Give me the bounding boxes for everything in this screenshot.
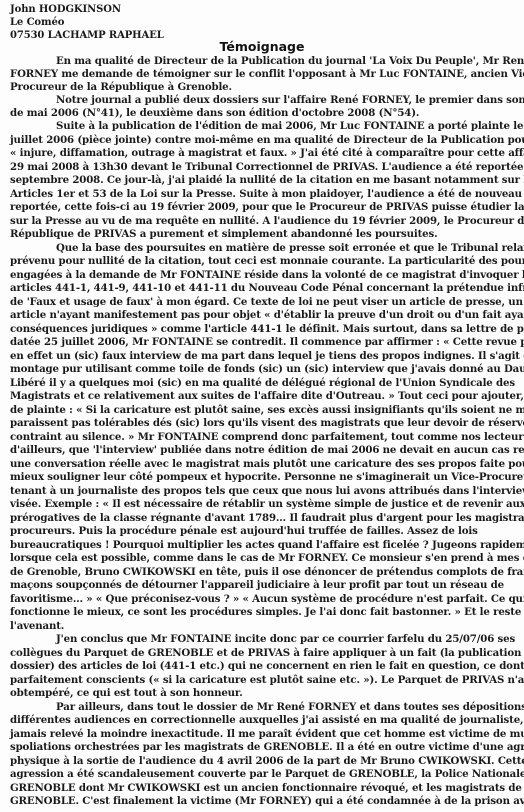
body-line: de 'Faux et usage de faux' à mon égard. …: [10, 296, 462, 309]
body-line: Procureur de la République à Grenoble.: [10, 81, 462, 94]
body-line: lorsque cela est possible, comme dans le…: [10, 552, 462, 565]
body-line: septembre 2008. Ce jour-là, j'ai plaidé …: [10, 174, 462, 187]
body-line: Que la base des poursuites en matière de…: [10, 242, 462, 255]
author-address-line1: Le Coméo: [10, 16, 462, 29]
body-line: jamais relevé la moindre inexactitude. I…: [10, 728, 462, 741]
body-line: J'en conclus que Mr FONTAINE incite donc…: [10, 633, 462, 646]
body-line: maçons soupçonnés de détourner l'apparei…: [10, 579, 462, 592]
body-line: l'avenant.: [10, 620, 462, 633]
body-line: mieux souligner leur côté pompeux et hyp…: [10, 471, 462, 484]
body-line: engagées à la demande de Mr FONTAINE rés…: [10, 269, 462, 282]
body-line: obtempéré, ce qui est tout à son honneur…: [10, 687, 462, 700]
body-line: FORNEY me demande de témoigner sur le co…: [10, 68, 462, 81]
body-line: « injure, diffamation, outrage à magistr…: [10, 147, 462, 160]
body-line: agression a été scandaleusement couverte…: [10, 768, 462, 781]
body-line: article n'ayant manifestement pas pour o…: [10, 309, 462, 322]
body-line: différentes audiences en correctionnelle…: [10, 714, 462, 727]
body-line: Suite à la publication de l'édition de m…: [10, 120, 462, 133]
body-line: de Grenoble, Bruno CWIKOWSKI en tête, pu…: [10, 566, 462, 579]
body-line: Par ailleurs, dans tout le dossier de Mr…: [10, 701, 462, 714]
body-line: spoliations orchestrées par les magistra…: [10, 741, 462, 754]
body-line: tenant à un journaliste des propos tels …: [10, 485, 462, 498]
body-line: juillet 2006 (pièce jointe) contre moi-m…: [10, 134, 462, 147]
body-line: favoritisme… » « Que préconisez-vous ? »…: [10, 593, 462, 606]
body-line: prévenu pour nullité de la citation, tou…: [10, 255, 462, 268]
body-line: dossier) des articles de loi (441-1 etc.…: [10, 660, 462, 673]
body-line: physique à la sortie de l'audience du 4 …: [10, 755, 462, 768]
author-name: John HODGKINSON: [10, 3, 462, 16]
body-line: reportée, cette fois-ci au 19 février 20…: [10, 201, 462, 214]
body-line: République de PRIVAS a purement et simpl…: [10, 228, 462, 241]
body-line: sur la Presse au vu de ma requête en nul…: [10, 215, 462, 228]
body-line: En ma qualité de Directeur de la Publica…: [10, 55, 462, 68]
body-line: parfaitement conscients (« si la caricat…: [10, 674, 462, 687]
body-line: montage pur utilisant comme toile de fon…: [10, 363, 462, 376]
body-line: de mai 2006 (N°41), le deuxième dans son…: [10, 107, 462, 120]
body-line: Libéré il y a quelques moi (sic) en ma q…: [10, 377, 462, 390]
body-line: en effet un (sic) faux interview de ma p…: [10, 350, 462, 363]
body-line: bureaucratiques ! Pourquoi multiplier le…: [10, 539, 462, 552]
body-line: datée 25 juillet 2006, Mr FONTAINE se co…: [10, 336, 462, 349]
document-title: Témoignage: [0, 39, 524, 54]
body-line: fonctionne le mieux, ce sont les procédu…: [10, 606, 462, 619]
body-line: prérogatives de la classe régnante d'ava…: [10, 512, 462, 525]
body-line: 29 mai 2008 à 13h30 devant le Tribunal C…: [10, 161, 462, 174]
body-line: contraint au silence. » Mr FONTAINE comp…: [10, 431, 462, 444]
body-line: visée. Exemple : « Il est nécessaire de …: [10, 498, 462, 511]
body-line: une conversation réelle avec le magistra…: [10, 458, 462, 471]
body-line: collègues du Parquet de GRENOBLE et de P…: [10, 647, 462, 660]
body-line: paraissent pas tolérables dés (sic) lors…: [10, 417, 462, 430]
body-line: GRENOBLE. C'est finalement la victime (M…: [10, 795, 462, 808]
body-line: conséquences juridiques » comme l'articl…: [10, 323, 462, 336]
body-line: procureurs. Puis la procédure pénale est…: [10, 525, 462, 538]
body-line: de plainte : « Si la caricature est plut…: [10, 404, 462, 417]
body-line: articles 441-1, 441-9, 441-10 et 441-11 …: [10, 282, 462, 295]
body-line: Notre journal a publié deux dossiers sur…: [10, 94, 462, 107]
body-line: Articles 1er et 53 de la Loi sur la Pres…: [10, 188, 462, 201]
body-line: GRENOBLE dont Mr CWIKOWSKI est un ancien…: [10, 782, 462, 795]
body-line: d'ailleurs, que 'l'interview' publiée da…: [10, 444, 462, 457]
body-line: Magistrats et ce relativement aux suites…: [10, 390, 462, 403]
document-page: John HODGKINSON Le Coméo 07530 LACHAMP R…: [0, 0, 524, 812]
